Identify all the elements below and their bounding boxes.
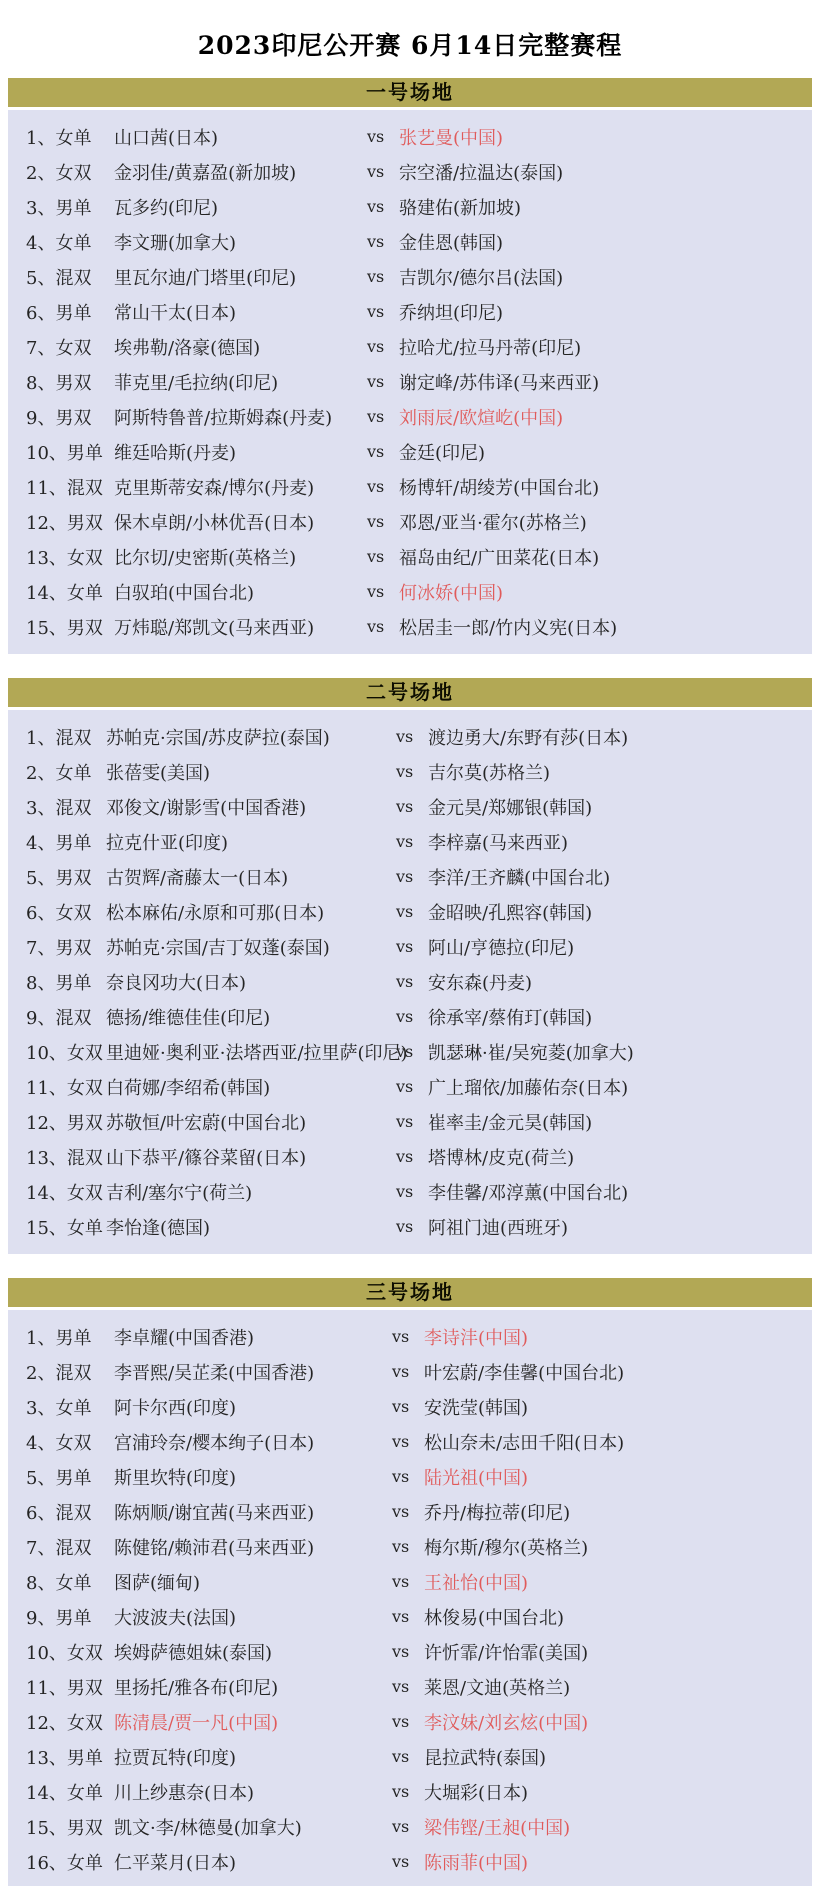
vs-label: vs (392, 1327, 424, 1346)
player-left: 白荷娜/李绍希(韩国) (106, 1074, 396, 1100)
match-number: 11、 (26, 474, 67, 500)
match-row: 12、男双 苏敬恒/叶宏蔚(中国台北) vs 崔率圭/金元昊(韩国) (26, 1104, 806, 1139)
match-type: 女单 (55, 1394, 91, 1420)
match-numtype: 9、男单 (26, 1604, 114, 1630)
vs-label: vs (396, 1147, 428, 1166)
player-left: 苏帕克·宗国/吉丁奴蓬(泰国) (106, 934, 396, 960)
match-type: 男单 (55, 969, 91, 995)
player-right: 昆拉武特(泰国) (424, 1744, 806, 1770)
match-type: 男双 (67, 614, 103, 640)
match-numtype: 15、男双 (26, 1814, 114, 1840)
match-row: 15、男双 凯文·李/林德曼(加拿大) vs 梁伟铿/王昶(中国) (26, 1809, 806, 1844)
player-right: 陆光祖(中国) (424, 1464, 806, 1490)
player-right: 金佳恩(韩国) (399, 229, 806, 255)
match-numtype: 12、男双 (26, 1109, 106, 1135)
match-number: 16、 (26, 1849, 67, 1875)
match-type: 女双 (67, 1709, 103, 1735)
match-number: 13、 (26, 1144, 67, 1170)
match-type: 混双 (67, 474, 103, 500)
match-number: 15、 (26, 1214, 67, 1240)
match-numtype: 8、男双 (26, 369, 114, 395)
player-left: 阿斯特鲁普/拉斯姆森(丹麦) (114, 404, 367, 430)
match-numtype: 10、女双 (26, 1639, 114, 1665)
player-right: 松居圭一郎/竹内义宪(日本) (399, 614, 806, 640)
match-numtype: 10、男单 (26, 439, 114, 465)
player-right: 渡边勇大/东野有莎(日本) (428, 724, 806, 750)
match-numtype: 2、混双 (26, 1359, 114, 1385)
match-type: 混双 (55, 1534, 91, 1560)
match-type: 女双 (67, 1074, 103, 1100)
match-numtype: 13、女双 (26, 544, 114, 570)
player-left: 李晋熙/吴芷柔(中国香港) (114, 1359, 392, 1385)
player-left: 埃弗勒/洛豪(德国) (114, 334, 367, 360)
player-right: 谢定峰/苏伟译(马来西亚) (399, 369, 806, 395)
match-row: 1、女单 山口茜(日本) vs 张艺曼(中国) (26, 119, 806, 154)
match-row: 6、混双 陈炳顺/谢宜茜(马来西亚) vs 乔丹/梅拉蒂(印尼) (26, 1494, 806, 1529)
player-right: 林俊易(中国台北) (424, 1604, 806, 1630)
match-row: 13、混双 山下恭平/篠谷菜留(日本) vs 塔博林/皮克(荷兰) (26, 1139, 806, 1174)
match-type: 男单 (55, 299, 91, 325)
vs-label: vs (367, 547, 399, 566)
player-left: 比尔切/史密斯(英格兰) (114, 544, 367, 570)
match-number: 3、 (26, 1394, 55, 1420)
player-right: 李佳馨/邓淳薰(中国台北) (428, 1179, 806, 1205)
vs-label: vs (367, 582, 399, 601)
vs-label: vs (396, 1077, 428, 1096)
match-numtype: 14、女单 (26, 1779, 114, 1805)
court-section-3: 三号场地 1、男单 李卓耀(中国香港) vs 李诗沣(中国) 2、混双 李晋熙/… (8, 1278, 812, 1886)
match-type: 女单 (55, 229, 91, 255)
match-number: 5、 (26, 264, 55, 290)
player-left: 图萨(缅甸) (114, 1569, 392, 1595)
match-numtype: 11、女双 (26, 1074, 106, 1100)
player-left: 松本麻佑/永原和可那(日本) (106, 899, 396, 925)
player-right: 陈雨菲(中国) (424, 1849, 806, 1875)
player-right: 邓恩/亚当·霍尔(苏格兰) (399, 509, 806, 535)
vs-label: vs (392, 1467, 424, 1486)
player-right: 大堀彩(日本) (424, 1779, 806, 1805)
player-left: 李卓耀(中国香港) (114, 1324, 392, 1350)
player-left: 陈清晨/贾一凡(中国) (114, 1709, 392, 1735)
player-left: 金羽佳/黄嘉盈(新加坡) (114, 159, 367, 185)
match-number: 12、 (26, 1709, 67, 1735)
vs-label: vs (367, 512, 399, 531)
match-row: 7、男双 苏帕克·宗国/吉丁奴蓬(泰国) vs 阿山/亨德拉(印尼) (26, 929, 806, 964)
player-right: 梁伟铿/王昶(中国) (424, 1814, 806, 1840)
match-type: 女单 (67, 1214, 103, 1240)
vs-label: vs (392, 1817, 424, 1836)
match-row: 4、男单 拉克什亚(印度) vs 李梓嘉(马来西亚) (26, 824, 806, 859)
match-row: 12、男双 保木卓朗/小林优吾(日本) vs 邓恩/亚当·霍尔(苏格兰) (26, 504, 806, 539)
player-left: 里扬托/雅各布(印尼) (114, 1674, 392, 1700)
match-row: 3、女单 阿卡尔西(印度) vs 安洗莹(韩国) (26, 1389, 806, 1424)
player-left: 张蓓雯(美国) (106, 759, 396, 785)
match-numtype: 3、女单 (26, 1394, 114, 1420)
match-row: 14、女单 白驭珀(中国台北) vs 何冰娇(中国) (26, 574, 806, 609)
player-right: 凯瑟琳·崔/吴宛菱(加拿大) (428, 1039, 806, 1065)
match-numtype: 15、女单 (26, 1214, 106, 1240)
vs-label: vs (392, 1537, 424, 1556)
match-type: 男单 (55, 829, 91, 855)
player-right: 广上瑠依/加藤佑奈(日本) (428, 1074, 806, 1100)
player-left: 里瓦尔迪/门塔里(印尼) (114, 264, 367, 290)
match-type: 男单 (67, 1744, 103, 1770)
player-right: 杨博轩/胡绫芳(中国台北) (399, 474, 806, 500)
vs-label: vs (392, 1852, 424, 1871)
vs-label: vs (392, 1397, 424, 1416)
match-type: 男单 (67, 439, 103, 465)
vs-label: vs (392, 1677, 424, 1696)
player-right: 金昭映/孔熙容(韩国) (428, 899, 806, 925)
match-type: 女单 (67, 1849, 103, 1875)
match-number: 9、 (26, 1004, 55, 1030)
match-numtype: 4、男单 (26, 829, 106, 855)
match-row: 4、女单 李文珊(加拿大) vs 金佳恩(韩国) (26, 224, 806, 259)
match-number: 5、 (26, 1464, 55, 1490)
match-row: 3、混双 邓俊文/谢影雪(中国香港) vs 金元昊/郑娜银(韩国) (26, 789, 806, 824)
player-right: 松山奈未/志田千阳(日本) (424, 1429, 806, 1455)
match-number: 12、 (26, 1109, 67, 1135)
player-right: 乔纳坦(印尼) (399, 299, 806, 325)
match-row: 1、混双 苏帕克·宗国/苏皮萨拉(泰国) vs 渡边勇大/东野有莎(日本) (26, 719, 806, 754)
match-type: 女双 (55, 334, 91, 360)
match-type: 女双 (55, 899, 91, 925)
player-right: 金元昊/郑娜银(韩国) (428, 794, 806, 820)
player-right: 刘雨辰/欧煊屹(中国) (399, 404, 806, 430)
match-number: 7、 (26, 934, 55, 960)
vs-label: vs (396, 902, 428, 921)
player-left: 阿卡尔西(印度) (114, 1394, 392, 1420)
match-row: 13、女双 比尔切/史密斯(英格兰) vs 福岛由纪/广田菜花(日本) (26, 539, 806, 574)
match-type: 女双 (55, 1429, 91, 1455)
player-left: 菲克里/毛拉纳(印尼) (114, 369, 367, 395)
match-numtype: 3、混双 (26, 794, 106, 820)
vs-label: vs (396, 937, 428, 956)
match-numtype: 1、女单 (26, 124, 114, 150)
player-left: 维廷哈斯(丹麦) (114, 439, 367, 465)
match-row: 6、女双 松本麻佑/永原和可那(日本) vs 金昭映/孔熙容(韩国) (26, 894, 806, 929)
match-type: 混双 (67, 1144, 103, 1170)
match-number: 13、 (26, 1744, 67, 1770)
match-type: 男单 (55, 1604, 91, 1630)
match-numtype: 7、男双 (26, 934, 106, 960)
match-type: 女双 (67, 1039, 103, 1065)
match-type: 男双 (67, 1109, 103, 1135)
match-numtype: 1、混双 (26, 724, 106, 750)
player-right: 李梓嘉(马来西亚) (428, 829, 806, 855)
match-type: 男单 (55, 1464, 91, 1490)
match-number: 3、 (26, 794, 55, 820)
match-number: 14、 (26, 1779, 67, 1805)
player-right: 张艺曼(中国) (399, 124, 806, 150)
vs-label: vs (396, 832, 428, 851)
match-numtype: 16、女单 (26, 1849, 114, 1875)
match-row: 10、女双 埃姆萨德姐妹(泰国) vs 许忻霏/许怡霏(美国) (26, 1634, 806, 1669)
vs-label: vs (396, 762, 428, 781)
match-numtype: 9、混双 (26, 1004, 106, 1030)
match-type: 女双 (67, 1639, 103, 1665)
player-left: 常山干太(日本) (114, 299, 367, 325)
match-row: 15、女单 李怡逢(德国) vs 阿祖门迪(西班牙) (26, 1209, 806, 1244)
vs-label: vs (392, 1782, 424, 1801)
match-numtype: 14、女双 (26, 1179, 106, 1205)
match-type: 男双 (67, 1674, 103, 1700)
match-numtype: 7、混双 (26, 1534, 114, 1560)
match-numtype: 14、女单 (26, 579, 114, 605)
vs-label: vs (396, 1112, 428, 1131)
match-number: 3、 (26, 194, 55, 220)
match-numtype: 2、女双 (26, 159, 114, 185)
player-right: 许忻霏/许怡霏(美国) (424, 1639, 806, 1665)
player-left: 陈健铭/赖沛君(马来西亚) (114, 1534, 392, 1560)
match-number: 7、 (26, 334, 55, 360)
match-numtype: 13、混双 (26, 1144, 106, 1170)
court-section-header: 二号场地 (8, 678, 812, 707)
vs-label: vs (367, 197, 399, 216)
player-right: 金廷(印尼) (399, 439, 806, 465)
vs-label: vs (367, 267, 399, 286)
match-row: 9、男双 阿斯特鲁普/拉斯姆森(丹麦) vs 刘雨辰/欧煊屹(中国) (26, 399, 806, 434)
match-number: 1、 (26, 124, 55, 150)
match-number: 8、 (26, 369, 55, 395)
match-number: 6、 (26, 299, 55, 325)
match-number: 1、 (26, 724, 55, 750)
player-right: 安东森(丹麦) (428, 969, 806, 995)
vs-label: vs (367, 232, 399, 251)
match-row: 9、男单 大波波夫(法国) vs 林俊易(中国台北) (26, 1599, 806, 1634)
player-right: 福岛由纪/广田菜花(日本) (399, 544, 806, 570)
match-row: 12、女双 陈清晨/贾一凡(中国) vs 李汶妹/刘玄炫(中国) (26, 1704, 806, 1739)
match-type: 男双 (55, 404, 91, 430)
vs-label: vs (367, 617, 399, 636)
player-left: 古贺辉/斋藤太一(日本) (106, 864, 396, 890)
player-left: 白驭珀(中国台北) (114, 579, 367, 605)
schedule-page: 2023印尼公开赛 6月14日完整赛程 一号场地 1、女单 山口茜(日本) vs… (0, 0, 820, 1886)
match-type: 混双 (55, 264, 91, 290)
player-left: 拉贾瓦特(印度) (114, 1744, 392, 1770)
vs-label: vs (396, 972, 428, 991)
player-left: 拉克什亚(印度) (106, 829, 396, 855)
player-left: 陈炳顺/谢宜茜(马来西亚) (114, 1499, 392, 1525)
vs-label: vs (392, 1607, 424, 1626)
match-type: 男双 (55, 369, 91, 395)
match-number: 10、 (26, 1639, 67, 1665)
match-numtype: 9、男双 (26, 404, 114, 430)
player-left: 宫浦玲奈/樱本绚子(日本) (114, 1429, 392, 1455)
match-type: 男双 (55, 934, 91, 960)
match-numtype: 4、女双 (26, 1429, 114, 1455)
match-row: 1、男单 李卓耀(中国香港) vs 李诗沣(中国) (26, 1319, 806, 1354)
player-right: 阿祖门迪(西班牙) (428, 1214, 806, 1240)
player-left: 奈良冈功大(日本) (106, 969, 396, 995)
match-number: 10、 (26, 439, 67, 465)
match-row: 16、女单 仁平菜月(日本) vs 陈雨菲(中国) (26, 1844, 806, 1879)
match-number: 6、 (26, 899, 55, 925)
match-row: 11、混双 克里斯蒂安森/博尔(丹麦) vs 杨博轩/胡绫芳(中国台北) (26, 469, 806, 504)
match-type: 女单 (55, 124, 91, 150)
match-numtype: 6、男单 (26, 299, 114, 325)
player-right: 崔率圭/金元昊(韩国) (428, 1109, 806, 1135)
player-left: 苏敬恒/叶宏蔚(中国台北) (106, 1109, 396, 1135)
vs-label: vs (392, 1642, 424, 1661)
player-right: 安洗莹(韩国) (424, 1394, 806, 1420)
vs-label: vs (392, 1502, 424, 1521)
player-right: 骆建佑(新加坡) (399, 194, 806, 220)
player-left: 瓦多约(印尼) (114, 194, 367, 220)
match-number: 14、 (26, 1179, 67, 1205)
sections-container: 一号场地 1、女单 山口茜(日本) vs 张艺曼(中国) 2、女双 金羽佳/黄嘉… (8, 78, 812, 1886)
match-type: 混双 (55, 1359, 91, 1385)
match-number: 4、 (26, 229, 55, 255)
match-row: 14、女单 川上纱惠奈(日本) vs 大堀彩(日本) (26, 1774, 806, 1809)
match-numtype: 8、男单 (26, 969, 106, 995)
match-number: 9、 (26, 1604, 55, 1630)
match-row: 11、男双 里扬托/雅各布(印尼) vs 莱恩/文迪(英格兰) (26, 1669, 806, 1704)
match-number: 2、 (26, 759, 55, 785)
match-numtype: 3、男单 (26, 194, 114, 220)
match-numtype: 6、女双 (26, 899, 106, 925)
match-number: 14、 (26, 579, 67, 605)
player-left: 山口茜(日本) (114, 124, 367, 150)
match-row: 2、女双 金羽佳/黄嘉盈(新加坡) vs 宗空潘/拉温达(泰国) (26, 154, 806, 189)
player-left: 埃姆萨德姐妹(泰国) (114, 1639, 392, 1665)
match-type: 女单 (55, 1569, 91, 1595)
court-section-1: 一号场地 1、女单 山口茜(日本) vs 张艺曼(中国) 2、女双 金羽佳/黄嘉… (8, 78, 812, 654)
match-number: 15、 (26, 614, 67, 640)
match-number: 13、 (26, 544, 67, 570)
match-number: 4、 (26, 1429, 55, 1455)
player-right: 宗空潘/拉温达(泰国) (399, 159, 806, 185)
match-number: 7、 (26, 1534, 55, 1560)
player-left: 万炜聪/郑凯文(马来西亚) (114, 614, 367, 640)
match-type: 女双 (67, 1179, 103, 1205)
vs-label: vs (396, 1182, 428, 1201)
player-right: 梅尔斯/穆尔(英格兰) (424, 1534, 806, 1560)
player-left: 里迪娅·奥利亚·法塔西亚/拉里萨(印尼) (106, 1039, 396, 1065)
match-numtype: 13、男单 (26, 1744, 114, 1770)
vs-label: vs (396, 1007, 428, 1026)
player-left: 仁平菜月(日本) (114, 1849, 392, 1875)
match-number: 11、 (26, 1674, 67, 1700)
match-numtype: 5、男双 (26, 864, 106, 890)
match-number: 2、 (26, 159, 55, 185)
match-row: 5、男单 斯里坎特(印度) vs 陆光祖(中国) (26, 1459, 806, 1494)
vs-label: vs (392, 1712, 424, 1731)
match-numtype: 6、混双 (26, 1499, 114, 1525)
player-left: 苏帕克·宗国/苏皮萨拉(泰国) (106, 724, 396, 750)
match-number: 12、 (26, 509, 67, 535)
match-type: 男双 (67, 1814, 103, 1840)
page-title: 2023印尼公开赛 6月14日完整赛程 (8, 0, 812, 78)
match-numtype: 1、男单 (26, 1324, 114, 1350)
match-number: 2、 (26, 1359, 55, 1385)
match-numtype: 7、女双 (26, 334, 114, 360)
player-left: 李怡逢(德国) (106, 1214, 396, 1240)
vs-label: vs (392, 1747, 424, 1766)
match-type: 混双 (55, 724, 91, 750)
player-right: 阿山/亨德拉(印尼) (428, 934, 806, 960)
match-row: 9、混双 德扬/维德佳佳(印尼) vs 徐承宰/蔡侑玎(韩国) (26, 999, 806, 1034)
match-numtype: 15、男双 (26, 614, 114, 640)
match-numtype: 10、女双 (26, 1039, 106, 1065)
court-section-body: 1、男单 李卓耀(中国香港) vs 李诗沣(中国) 2、混双 李晋熙/吴芷柔(中… (8, 1310, 812, 1886)
vs-label: vs (396, 867, 428, 886)
player-left: 凯文·李/林德曼(加拿大) (114, 1814, 392, 1840)
match-row: 8、女单 图萨(缅甸) vs 王祉怡(中国) (26, 1564, 806, 1599)
vs-label: vs (396, 1042, 428, 1061)
player-right: 李诗沣(中国) (424, 1324, 806, 1350)
match-numtype: 2、女单 (26, 759, 106, 785)
match-row: 3、男单 瓦多约(印尼) vs 骆建佑(新加坡) (26, 189, 806, 224)
court-section-2: 二号场地 1、混双 苏帕克·宗国/苏皮萨拉(泰国) vs 渡边勇大/东野有莎(日… (8, 678, 812, 1254)
player-right: 徐承宰/蔡侑玎(韩国) (428, 1004, 806, 1030)
match-row: 7、女双 埃弗勒/洛豪(德国) vs 拉哈尤/拉马丹蒂(印尼) (26, 329, 806, 364)
match-numtype: 11、男双 (26, 1674, 114, 1700)
vs-label: vs (392, 1432, 424, 1451)
match-numtype: 8、女单 (26, 1569, 114, 1595)
vs-label: vs (367, 407, 399, 426)
match-numtype: 12、男双 (26, 509, 114, 535)
player-left: 吉利/塞尔宁(荷兰) (106, 1179, 396, 1205)
player-left: 大波波夫(法国) (114, 1604, 392, 1630)
match-numtype: 5、混双 (26, 264, 114, 290)
match-number: 8、 (26, 969, 55, 995)
match-number: 6、 (26, 1499, 55, 1525)
player-right: 吉凯尔/德尔吕(法国) (399, 264, 806, 290)
match-type: 混双 (55, 1004, 91, 1030)
match-number: 9、 (26, 404, 55, 430)
match-numtype: 12、女双 (26, 1709, 114, 1735)
player-right: 李汶妹/刘玄炫(中国) (424, 1709, 806, 1735)
match-type: 男单 (55, 194, 91, 220)
match-row: 14、女双 吉利/塞尔宁(荷兰) vs 李佳馨/邓淳薰(中国台北) (26, 1174, 806, 1209)
vs-label: vs (392, 1362, 424, 1381)
vs-label: vs (392, 1572, 424, 1591)
vs-label: vs (367, 372, 399, 391)
match-row: 5、混双 里瓦尔迪/门塔里(印尼) vs 吉凯尔/德尔吕(法国) (26, 259, 806, 294)
match-number: 1、 (26, 1324, 55, 1350)
player-left: 保木卓朗/小林优吾(日本) (114, 509, 367, 535)
match-row: 4、女双 宫浦玲奈/樱本绚子(日本) vs 松山奈未/志田千阳(日本) (26, 1424, 806, 1459)
vs-label: vs (367, 337, 399, 356)
court-section-body: 1、女单 山口茜(日本) vs 张艺曼(中国) 2、女双 金羽佳/黄嘉盈(新加坡… (8, 110, 812, 654)
vs-label: vs (396, 1217, 428, 1236)
player-left: 斯里坎特(印度) (114, 1464, 392, 1490)
player-left: 克里斯蒂安森/博尔(丹麦) (114, 474, 367, 500)
match-number: 5、 (26, 864, 55, 890)
player-right: 吉尔莫(苏格兰) (428, 759, 806, 785)
match-number: 15、 (26, 1814, 67, 1840)
vs-label: vs (367, 127, 399, 146)
player-left: 李文珊(加拿大) (114, 229, 367, 255)
match-row: 11、女双 白荷娜/李绍希(韩国) vs 广上瑠依/加藤佑奈(日本) (26, 1069, 806, 1104)
match-row: 15、男双 万炜聪/郑凯文(马来西亚) vs 松居圭一郎/竹内义宪(日本) (26, 609, 806, 644)
match-number: 4、 (26, 829, 55, 855)
vs-label: vs (367, 162, 399, 181)
match-number: 8、 (26, 1569, 55, 1595)
vs-label: vs (367, 442, 399, 461)
player-right: 莱恩/文迪(英格兰) (424, 1674, 806, 1700)
match-type: 女单 (55, 759, 91, 785)
match-row: 2、女单 张蓓雯(美国) vs 吉尔莫(苏格兰) (26, 754, 806, 789)
match-type: 女双 (67, 544, 103, 570)
court-section-body: 1、混双 苏帕克·宗国/苏皮萨拉(泰国) vs 渡边勇大/东野有莎(日本) 2、… (8, 710, 812, 1254)
match-row: 13、男单 拉贾瓦特(印度) vs 昆拉武特(泰国) (26, 1739, 806, 1774)
match-type: 混双 (55, 1499, 91, 1525)
match-type: 混双 (55, 794, 91, 820)
match-type: 女单 (67, 1779, 103, 1805)
match-type: 女双 (55, 159, 91, 185)
